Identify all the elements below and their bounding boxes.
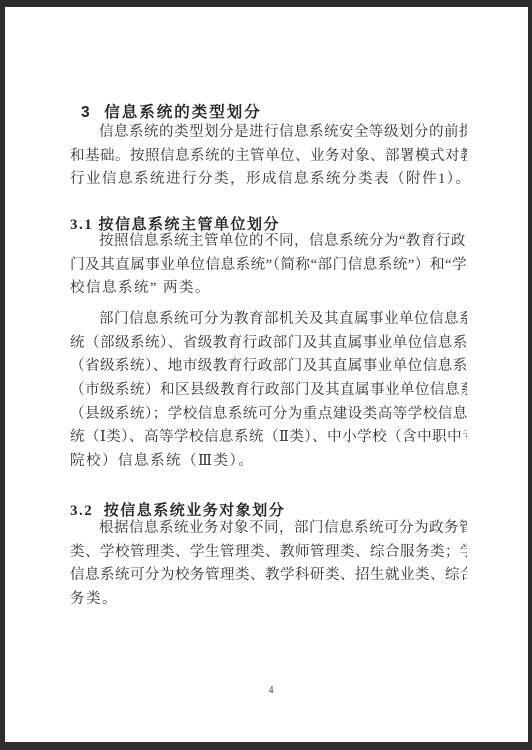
- paragraph-line: 统（Ⅰ类）、高等学校信息系统（Ⅱ类）、中小学校（含中职中专: [70, 426, 467, 450]
- page-number: 4: [5, 685, 532, 696]
- section-3-1-paragraph-1: 按照信息系统主管单位的不同，信息系统分为“教育行政部 门及其直属事业单位信息系统…: [70, 230, 467, 301]
- paragraph-line: 校信息系统” 两类。: [70, 277, 467, 301]
- paragraph-line: 根据信息系统业务对象不同，部门信息系统可分为政务管理: [70, 517, 467, 541]
- paragraph-line: 类、学校管理类、学生管理类、教师管理类、综合服务类；学校: [70, 541, 467, 565]
- intro-paragraph: 信息系统的类型划分是进行信息系统安全等级划分的前提 和基础。按照信息系统的主管单…: [70, 121, 467, 192]
- section-3-2-paragraph: 根据信息系统业务对象不同，部门信息系统可分为政务管理 类、学校管理类、学生管理类…: [70, 517, 467, 612]
- paragraph-line: 行业信息系统进行分类，形成信息系统分类表（附件1）。: [70, 168, 467, 192]
- paragraph-line: 信息系统的类型划分是进行信息系统安全等级划分的前提: [70, 121, 467, 145]
- paragraph-line: 门及其直属事业单位信息系统”（简称“部门信息系统”）和“学: [70, 254, 467, 278]
- paragraph-line: （市级系统）和区县级教育行政部门及其直属事业单位信息系统: [70, 379, 467, 403]
- paragraph-line: 按照信息系统主管单位的不同，信息系统分为“教育行政部: [70, 230, 467, 254]
- document-page: 3 信息系统的类型划分 信息系统的类型划分是进行信息系统安全等级划分的前提 和基…: [0, 0, 532, 750]
- paragraph-line: （省级系统）、地市级教育行政部门及其直属事业单位信息系统: [70, 355, 467, 379]
- chapter-heading: 3 信息系统的类型划分: [81, 100, 262, 122]
- paragraph-line: 院校）信息系统（Ⅲ类）。: [70, 450, 467, 474]
- paragraph-line: 统（部级系统）、省级教育行政部门及其直属事业单位信息系统: [70, 332, 467, 356]
- paragraph-line: 和基础。按照信息系统的主管单位、业务对象、部署模式对教育: [70, 145, 467, 169]
- paragraph-line: （县级系统）；学校信息系统可分为重点建设类高等学校信息系: [70, 403, 467, 427]
- paragraph-line: 部门信息系统可分为教育部机关及其直属事业单位信息系: [70, 308, 467, 332]
- paragraph-line: 信息系统可分为校务管理类、教学科研类、招生就业类、综合服: [70, 564, 467, 588]
- paragraph-line: 务类。: [70, 588, 467, 612]
- section-3-1-paragraph-2: 部门信息系统可分为教育部机关及其直属事业单位信息系 统（部级系统）、省级教育行政…: [70, 308, 467, 474]
